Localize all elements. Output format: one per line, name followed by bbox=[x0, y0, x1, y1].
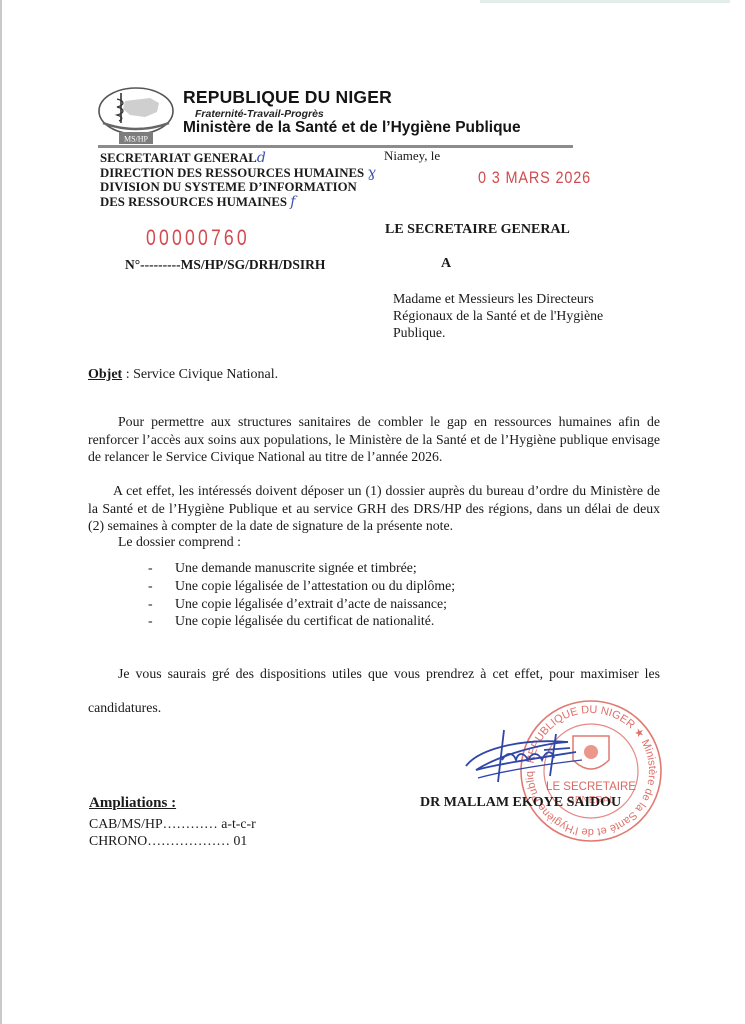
dossier-lead: Le dossier comprend : bbox=[118, 534, 241, 550]
body-paragraph-2: A cet effet, les intéressés doivent dépo… bbox=[88, 482, 660, 535]
place-label: Niamey, le bbox=[384, 148, 440, 164]
subject-line: Objet : Service Civique National. bbox=[88, 367, 278, 383]
list-item: -Une copie légalisée d’extrait d’acte de… bbox=[148, 595, 455, 613]
body-paragraph-1: Pour permettre aux structures sanitaires… bbox=[88, 413, 660, 466]
list-item: -Une demande manuscrite signée et timbré… bbox=[148, 559, 455, 577]
signatory-name: DR MALLAM EKOYE SAIDOU bbox=[420, 795, 621, 811]
service-line: DIRECTION DES RESSOURCES HUMAINES ɣ bbox=[100, 166, 376, 181]
ampliations-title: Ampliations : bbox=[89, 795, 176, 812]
handwritten-mark: ɣ bbox=[367, 165, 375, 181]
subject-text: Service Civique National. bbox=[133, 367, 278, 382]
ampliation-row: CHRONO……………… 01 bbox=[89, 832, 256, 849]
dossier-list: -Une demande manuscrite signée et timbré… bbox=[148, 559, 455, 630]
country-name: REPUBLIQUE DU NIGER bbox=[183, 87, 392, 108]
letterhead-divider bbox=[98, 145, 573, 148]
ampliations-list: CAB/MS/HP………… a-t-c-r CHRONO……………… 01 bbox=[89, 815, 256, 849]
date-stamp: 0 3 MARS 2026 bbox=[478, 168, 591, 188]
subject-label: Objet bbox=[88, 367, 122, 382]
scan-artifact bbox=[480, 0, 730, 3]
service-line: DES RESSOURCES HUMAINES f bbox=[100, 195, 376, 210]
ampliation-row: CAB/MS/HP………… a-t-c-r bbox=[89, 815, 256, 832]
list-item: -Une copie légalisée de l’attestation ou… bbox=[148, 577, 455, 595]
registration-number-stamp: 00000760 bbox=[146, 225, 250, 251]
scan-edge bbox=[0, 0, 2, 1024]
ministry-name: Ministère de la Santé et de l’Hygiène Pu… bbox=[183, 119, 521, 137]
logo-label: MS/HP bbox=[124, 135, 149, 144]
list-item: -Une copie légalisée du certificat de na… bbox=[148, 612, 455, 630]
issuing-services: SECRETARIAT GENERALd DIRECTION DES RESSO… bbox=[100, 151, 376, 209]
ministry-logo: MS/HP bbox=[95, 85, 177, 147]
handwritten-mark: f bbox=[290, 194, 295, 210]
handwritten-mark: d bbox=[257, 150, 266, 166]
service-line: DIVISION DU SYSTEME D’INFORMATION bbox=[100, 180, 376, 195]
sender-title: LE SECRETAIRE GENERAL bbox=[385, 222, 570, 238]
reference-number: N°---------MS/HP/SG/DRH/DSIRH bbox=[125, 257, 325, 273]
addressed-to: A bbox=[441, 256, 451, 272]
service-line: SECRETARIAT GENERALd bbox=[100, 151, 376, 166]
handwritten-signature bbox=[458, 720, 588, 790]
recipient: Madame et Messieurs les Directeurs Régio… bbox=[393, 290, 653, 341]
